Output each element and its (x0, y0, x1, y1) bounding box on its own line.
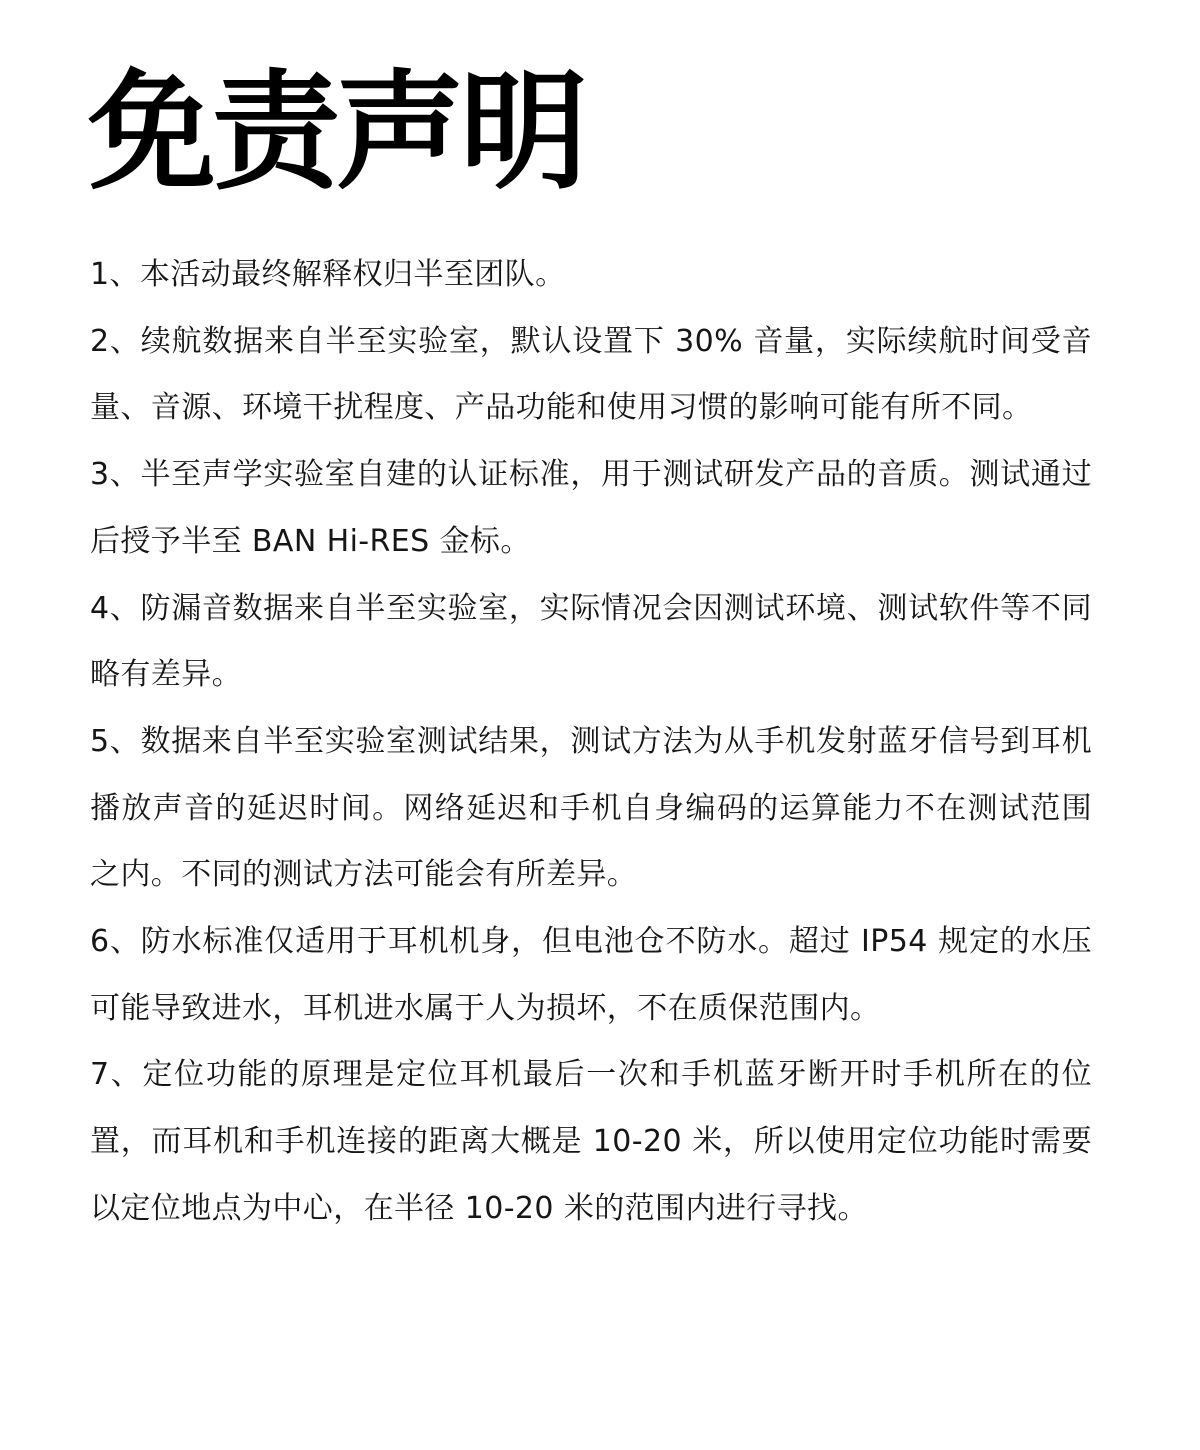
disclaimer-item-3: 3、半至声学实验室自建的认证标准，用于测试研发产品的音质。测试通过后授予半至 B… (90, 442, 1092, 575)
disclaimer-item-4: 4、防漏音数据来自半至实验室，实际情况会因测试环境、测试软件等不同略有差异。 (90, 576, 1092, 709)
disclaimer-item-6: 6、防水标准仅适用于耳机机身，但电池仓不防水。超过 IP54 规定的水压可能导致… (90, 909, 1092, 1042)
disclaimer-item-2: 2、续航数据来自半至实验室，默认设置下 30% 音量，实际续航时间受音量、音源、… (90, 309, 1092, 442)
page-title: 免责声明 (88, 58, 584, 208)
disclaimer-item-7: 7、定位功能的原理是定位耳机最后一次和手机蓝牙断开时手机所在的位置，而耳机和手机… (90, 1042, 1092, 1242)
disclaimer-list: 1、本活动最终解释权归半至团队。 2、续航数据来自半至实验室，默认设置下 30%… (90, 242, 1092, 1243)
disclaimer-item-1: 1、本活动最终解释权归半至团队。 (90, 242, 1092, 309)
disclaimer-item-5: 5、数据来自半至实验室测试结果，测试方法为从手机发射蓝牙信号到耳机播放声音的延迟… (90, 709, 1092, 909)
